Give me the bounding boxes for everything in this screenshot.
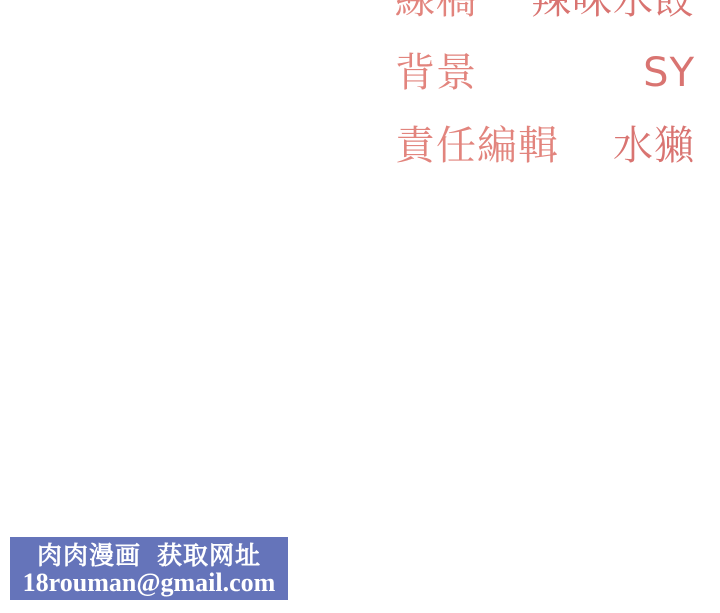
credit-value: 辣味水餃 — [531, 0, 695, 22]
comic-credits-page: 線稿 辣味水餃 背景 SY 責任編輯 水獺 肉肉漫画 获取网址 18rouman… — [0, 0, 720, 613]
watermark-title: 肉肉漫画 获取网址 — [37, 542, 261, 569]
credit-label: 線稿 — [395, 0, 477, 22]
credits-block: 線稿 辣味水餃 背景 SY 責任編輯 水獺 — [395, 0, 695, 197]
credit-label: 責任編輯 — [395, 124, 559, 168]
credit-row-lineart: 線稿 辣味水餃 — [395, 0, 695, 22]
credit-label: 背景 — [395, 51, 477, 95]
watermark-email: 18rouman@gmail.com — [23, 569, 276, 597]
watermark-banner: 肉肉漫画 获取网址 18rouman@gmail.com — [10, 537, 288, 600]
credit-value: SY — [643, 51, 695, 95]
credit-row-background: 背景 SY — [395, 51, 695, 95]
watermark-site-name: 肉肉漫画 — [37, 542, 141, 569]
watermark-tagline: 获取网址 — [157, 542, 261, 569]
credit-value: 水獺 — [613, 124, 695, 168]
credit-row-editor: 責任編輯 水獺 — [395, 124, 695, 168]
